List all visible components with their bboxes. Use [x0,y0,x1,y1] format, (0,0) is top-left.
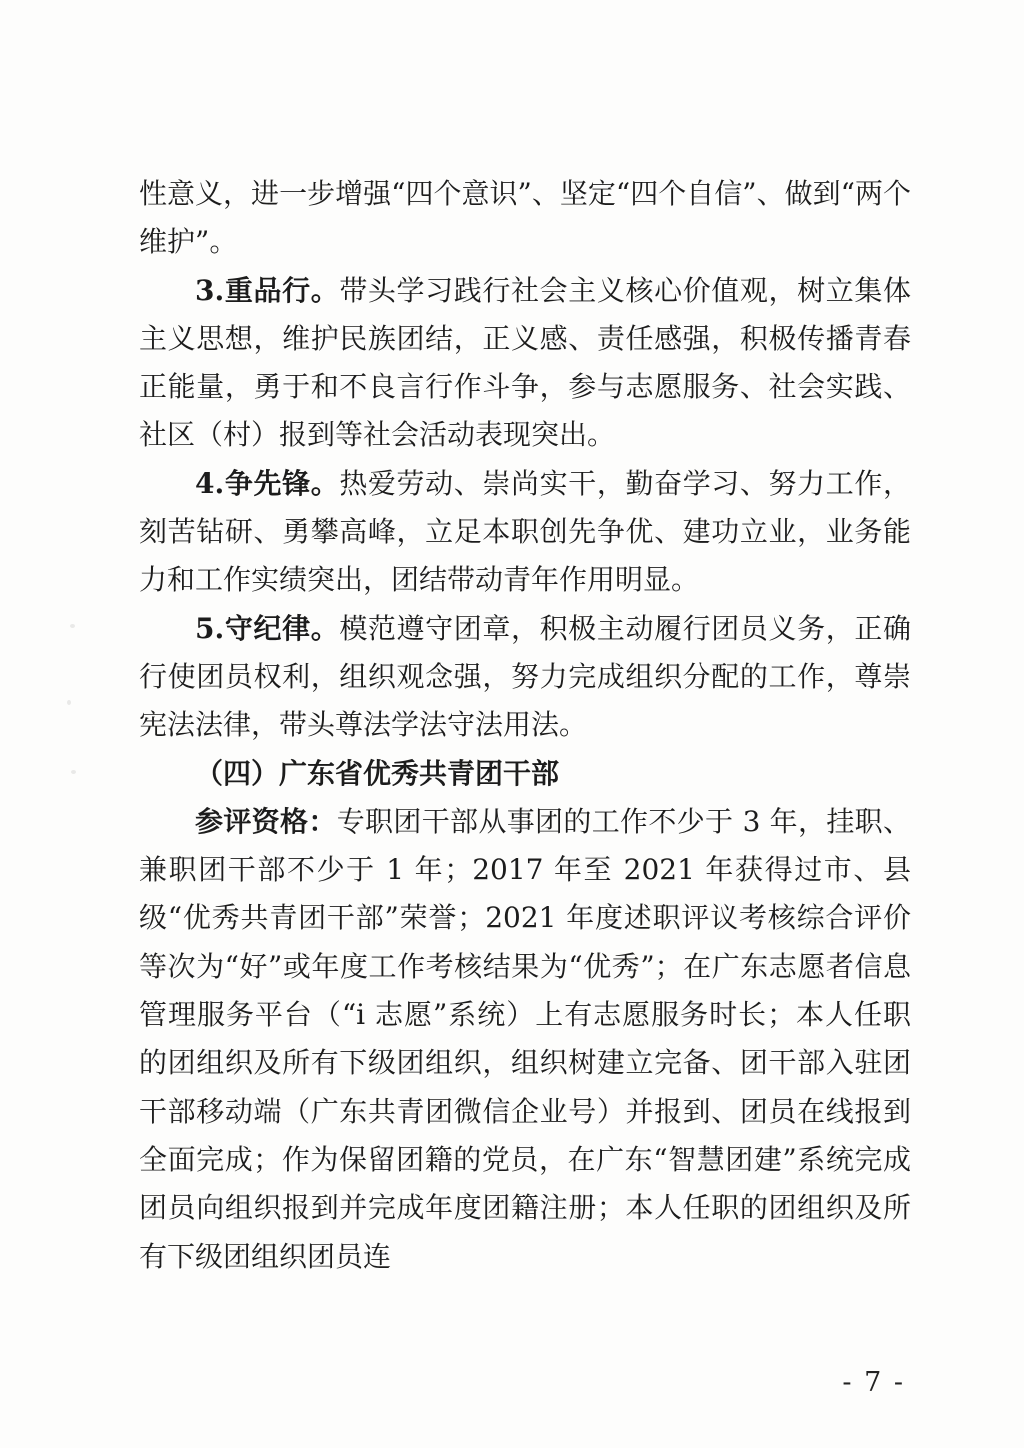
paragraph-text: 性意义，进一步增强“四个意识”、坚定“四个自信”、做到“两个维护”。 [139,177,911,258]
para-item-3-zhongpinxing: 3.重品行。带头学习践行社会主义核心价值观，树立集体主义思想，维护民族团结，正义… [139,267,911,460]
paragraph-lead: 3.重品行。 [195,274,339,307]
scan-artifact [70,624,75,628]
document-body: 性意义，进一步增强“四个意识”、坚定“四个自信”、做到“两个维护”。3.重品行。… [139,170,911,1281]
paragraph-lead: 参评资格： [195,805,337,838]
page-number: - 7 - [842,1367,905,1398]
para-qualification: 参评资格：专职团干部从事团的工作不少于 3 年，挂职、兼职团干部不少于 1 年；… [139,798,911,1281]
para-item-4-zhengxianfeng: 4.争先锋。热爱劳动、崇尚实干，勤奋学习、努力工作，刻苦钻研、勇攀高峰，立足本职… [139,460,911,605]
paragraph-lead: 4.争先锋。 [195,467,339,500]
document-page: 性意义，进一步增强“四个意识”、坚定“四个自信”、做到“两个维护”。3.重品行。… [0,0,1024,1448]
paragraph-lead: 5.守纪律。 [195,612,339,645]
para-continuation: 性意义，进一步增强“四个意识”、坚定“四个自信”、做到“两个维护”。 [139,170,911,267]
paragraph-lead: （四）广东省优秀共青团干部 [195,757,559,790]
paragraph-text: 专职团干部从事团的工作不少于 3 年，挂职、兼职团干部不少于 1 年；2017 … [139,805,911,1273]
scan-artifact [71,770,76,774]
scan-artifact [67,700,71,705]
para-heading-section-4: （四）广东省优秀共青团干部 [139,750,911,798]
para-item-5-shoujilv: 5.守纪律。模范遵守团章，积极主动履行团员义务，正确行使团员权利，组织观念强，努… [139,605,911,750]
